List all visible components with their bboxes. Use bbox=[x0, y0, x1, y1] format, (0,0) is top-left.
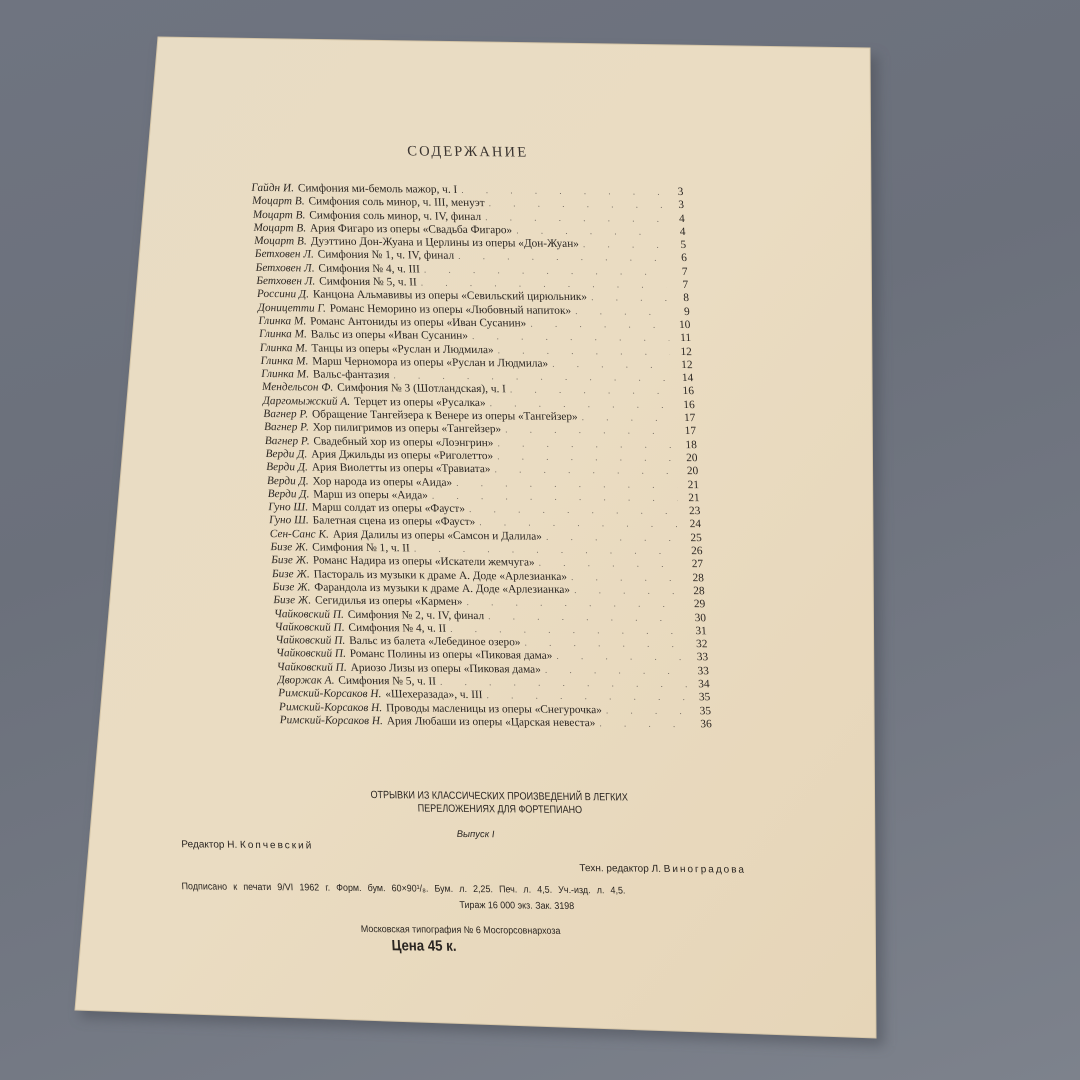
tech-editor-credit: Техн. редактор Л. Виноградова bbox=[579, 863, 746, 876]
toc-entry-author: Дворжак А. bbox=[277, 674, 335, 688]
toc-entry-work: Симфония № 4, ч. III bbox=[318, 262, 420, 276]
toc-entry-author: Гайдн И. bbox=[251, 182, 294, 196]
toc-entry-author: Римский-Корсаков Н. bbox=[279, 701, 383, 715]
toc-entry-page-number: 20 bbox=[679, 452, 698, 465]
toc-entry-work: Симфония № 5, ч. II bbox=[319, 276, 417, 290]
toc-entry-leader-dots: . . . . . . . . . . . . . . . . . . . . … bbox=[552, 358, 671, 372]
toc-entry-leader-dots: . . . . . . . . . . . . . . . . . . . . … bbox=[516, 224, 664, 239]
toc-entry-leader-dots: . . . . . . . . . . . . . . . . . . . . … bbox=[583, 238, 665, 252]
toc-entry: Римский-Корсаков Н.Ария Любаши из оперы … bbox=[279, 714, 712, 731]
toc-entry-work: Сегидилья из оперы «Кармен» bbox=[315, 595, 463, 610]
toc-entry-author: Чайковский П. bbox=[274, 608, 344, 622]
toc-entry-page-number: 16 bbox=[676, 399, 695, 412]
toc-entry-page-number: 30 bbox=[688, 612, 707, 625]
toc-entry-page-number: 36 bbox=[693, 718, 712, 731]
toc-entry-page-number: 31 bbox=[688, 625, 707, 638]
toc-entry-page-number: 3 bbox=[666, 199, 685, 212]
toc-entry-author: Бетховен Л. bbox=[255, 248, 315, 262]
toc-title: СОДЕРЖАНИЕ bbox=[407, 143, 548, 161]
toc-entry-author: Бизе Ж. bbox=[272, 568, 310, 582]
toc-entry-work: Марш из оперы «Аида» bbox=[313, 488, 428, 502]
toc-entry-leader-dots: . . . . . . . . . . . . . . . . . . . . … bbox=[556, 650, 686, 665]
toc-entry-work: Вальс-фантазия bbox=[313, 369, 390, 383]
toc-entry-page-number: 12 bbox=[674, 359, 693, 372]
toc-entry-leader-dots: . . . . . . . . . . . . . . . . . . . . … bbox=[530, 318, 669, 333]
toc-entry-author: Бизе Ж. bbox=[270, 541, 308, 555]
toc-entry-author: Бизе Ж. bbox=[273, 594, 311, 608]
toc-entry-author: Глинка М. bbox=[259, 328, 307, 342]
toc-entry-page-number: 21 bbox=[681, 492, 700, 505]
toc-entry-leader-dots: . . . . . . . . . . . . . . . . . . . . … bbox=[575, 305, 668, 319]
issue-number: Выпуск I bbox=[456, 829, 494, 840]
toc-entry-page-number: 14 bbox=[675, 372, 694, 385]
toc-entry-author: Моцарт В. bbox=[253, 222, 306, 236]
print-run: Тираж 16 000 экз. Зак. 3198 bbox=[459, 900, 574, 912]
toc-entry-author: Гуно Ш. bbox=[268, 501, 308, 515]
toc-entry-author: Бизе Ж. bbox=[272, 581, 310, 595]
toc-entry-page-number: 25 bbox=[683, 532, 702, 545]
toc-entry-author: Гуно Ш. bbox=[269, 514, 309, 528]
toc-entry-page-number: 20 bbox=[680, 465, 699, 478]
toc-entry-author: Верди Д. bbox=[267, 475, 309, 489]
toc-entry-page-number: 10 bbox=[672, 319, 691, 332]
toc-entry-page-number: 11 bbox=[673, 332, 692, 345]
toc-entry-page-number: 35 bbox=[693, 705, 712, 718]
toc-entry-author: Чайковский П. bbox=[274, 621, 344, 635]
toc-entry-leader-dots: . . . . . . . . . . . . . . . . . . . . … bbox=[581, 411, 673, 425]
toc-entry-page-number: 17 bbox=[677, 412, 696, 425]
toc-entry-page-number: 4 bbox=[666, 212, 685, 225]
toc-entry-author: Верди Д. bbox=[267, 488, 309, 502]
toc-entry-page-number: 7 bbox=[670, 279, 689, 292]
toc-entry-page-number: 28 bbox=[686, 572, 705, 585]
toc-entry-author: Вагнер Р. bbox=[264, 421, 309, 435]
toc-entry-author: Моцарт В. bbox=[254, 235, 307, 249]
toc-entry-author: Глинка М. bbox=[258, 315, 306, 329]
editor-label: Редактор Н. bbox=[181, 839, 237, 851]
toc-entry-page-number: 35 bbox=[692, 691, 711, 704]
toc-entry-author: Верди Д. bbox=[265, 448, 307, 462]
toc-entry-author: Бизе Ж. bbox=[271, 554, 309, 568]
toc-entry-page-number: 23 bbox=[682, 505, 701, 518]
toc-entry-work: Симфония № 1, ч. IV, финал bbox=[317, 249, 454, 264]
toc-entry-page-number: 5 bbox=[668, 239, 687, 252]
toc-entry-leader-dots: . . . . . . . . . . . . . . . . . . . . … bbox=[591, 292, 668, 306]
toc-entry-leader-dots: . . . . . . . . . . . . . . . . . . . . … bbox=[544, 663, 687, 678]
toc-entry-work: Ария Любаши из оперы «Царская невеста» bbox=[386, 715, 595, 730]
toc-entry-leader-dots: . . . . . . . . . . . . . . . . . . . . … bbox=[606, 704, 690, 718]
toc-entry-leader-dots: . . . . . . . . . . . . . . . . . . . . … bbox=[599, 717, 690, 731]
toc-entry-author: Бетховен Л. bbox=[256, 275, 316, 289]
toc-entry-author: Сен-Санс К. bbox=[269, 528, 329, 542]
toc-entry-author: Бетховен Л. bbox=[255, 262, 315, 276]
toc-entry-page-number: 26 bbox=[684, 545, 703, 558]
toc-entry-page-number: 16 bbox=[676, 385, 695, 398]
print-info: Подписано к печати 9/VI 1962 г. Форм. бу… bbox=[181, 881, 625, 896]
toc-entry-page-number: 29 bbox=[687, 598, 706, 611]
toc-entry-page-number: 12 bbox=[674, 346, 693, 359]
toc-entry-author: Моцарт В. bbox=[252, 208, 305, 222]
tech-editor-label: Техн. редактор Л. bbox=[579, 863, 661, 875]
toc-entry-page-number: 6 bbox=[669, 252, 688, 265]
toc-entry-page-number: 34 bbox=[691, 678, 710, 691]
toc-entry-author: Римский-Корсаков Н. bbox=[278, 687, 382, 701]
toc-entry-page-number: 33 bbox=[691, 665, 710, 678]
toc-entry-leader-dots: . . . . . . . . . . . . . . . . . . . . … bbox=[574, 584, 683, 598]
tech-editor-name: Виноградова bbox=[663, 864, 746, 876]
toc-entry-author: Римский-Корсаков Н. bbox=[279, 714, 383, 728]
toc-entry-work: Симфония № 4, ч. II bbox=[348, 622, 446, 636]
toc-entry-work: «Шехеразада», ч. III bbox=[385, 688, 483, 702]
toc-entry-author: Глинка М. bbox=[260, 355, 308, 369]
toc-entry-author: Вагнер Р. bbox=[263, 408, 308, 422]
toc-entry-author: Верди Д. bbox=[266, 461, 308, 475]
toc-entry-page-number: 9 bbox=[671, 306, 690, 319]
toc-entry-page-number: 17 bbox=[678, 425, 697, 438]
toc-entry-page-number: 8 bbox=[671, 292, 690, 305]
toc-entry-author: Доницетти Г. bbox=[257, 302, 326, 316]
toc-entry-leader-dots: . . . . . . . . . . . . . . . . . . . . … bbox=[571, 571, 683, 585]
toc-entry-author: Глинка М. bbox=[260, 342, 308, 356]
toc-entry-author: Моцарт В. bbox=[252, 195, 305, 209]
toc-entry-author: Чайковский П. bbox=[277, 661, 347, 675]
editor-name: Копчевский bbox=[240, 840, 314, 852]
toc-entry-work: Симфония № 5, ч. II bbox=[338, 675, 436, 689]
toc-entry-work: Симфония № 1, ч. II bbox=[312, 541, 410, 555]
toc-entry-work: Симфония № 2, ч. IV, финал bbox=[347, 608, 484, 623]
toc-entry-page-number: 24 bbox=[683, 518, 702, 531]
document-content: СОДЕРЖАНИЕ Гайдн И.Симфония ми-бемоль ма… bbox=[0, 0, 1080, 1080]
toc-entry-page-number: 3 bbox=[665, 186, 684, 199]
series-title: ОТРЫВКИ ИЗ КЛАССИЧЕСКИХ ПРОИЗВЕДЕНИЙ В Л… bbox=[318, 789, 681, 818]
toc-entry-page-number: 33 bbox=[690, 652, 709, 665]
toc-entry-page-number: 28 bbox=[686, 585, 705, 598]
toc-entry-leader-dots: . . . . . . . . . . . . . . . . . . . . … bbox=[546, 530, 681, 545]
toc-entry-page-number: 7 bbox=[669, 266, 688, 279]
editor-credit: Редактор Н. Копчевский bbox=[181, 839, 314, 851]
toc-entry-work: Терцет из оперы «Русалка» bbox=[354, 396, 486, 411]
printer-name: Московская типография № 6 Мосгорсовнархо… bbox=[361, 924, 561, 937]
toc-entry-page-number: 18 bbox=[678, 439, 697, 452]
toc-entry-page-number: 4 bbox=[667, 226, 686, 239]
toc-entry-author: Чайковский П. bbox=[275, 634, 345, 648]
toc-entry-author: Вагнер Р. bbox=[264, 435, 309, 449]
price: Цена 45 к. bbox=[391, 937, 457, 955]
toc-entry-page-number: 21 bbox=[681, 479, 700, 492]
table-of-contents: Гайдн И.Симфония ми-бемоль мажор, ч. I. … bbox=[251, 182, 712, 732]
toc-entry-author: Даргомыжский А. bbox=[262, 395, 350, 409]
toc-entry-work: Хор народа из оперы «Аида» bbox=[312, 475, 452, 490]
toc-entry-page-number: 32 bbox=[689, 638, 708, 651]
toc-entry-author: Чайковский П. bbox=[276, 648, 346, 662]
toc-entry-author: Россини Д. bbox=[257, 288, 310, 302]
toc-entry-page-number: 27 bbox=[685, 558, 704, 571]
toc-entry-author: Мендельсон Ф. bbox=[262, 381, 334, 395]
toc-entry-leader-dots: . . . . . . . . . . . . . . . . . . . . … bbox=[538, 557, 681, 572]
toc-entry-author: Глинка М. bbox=[261, 368, 309, 382]
